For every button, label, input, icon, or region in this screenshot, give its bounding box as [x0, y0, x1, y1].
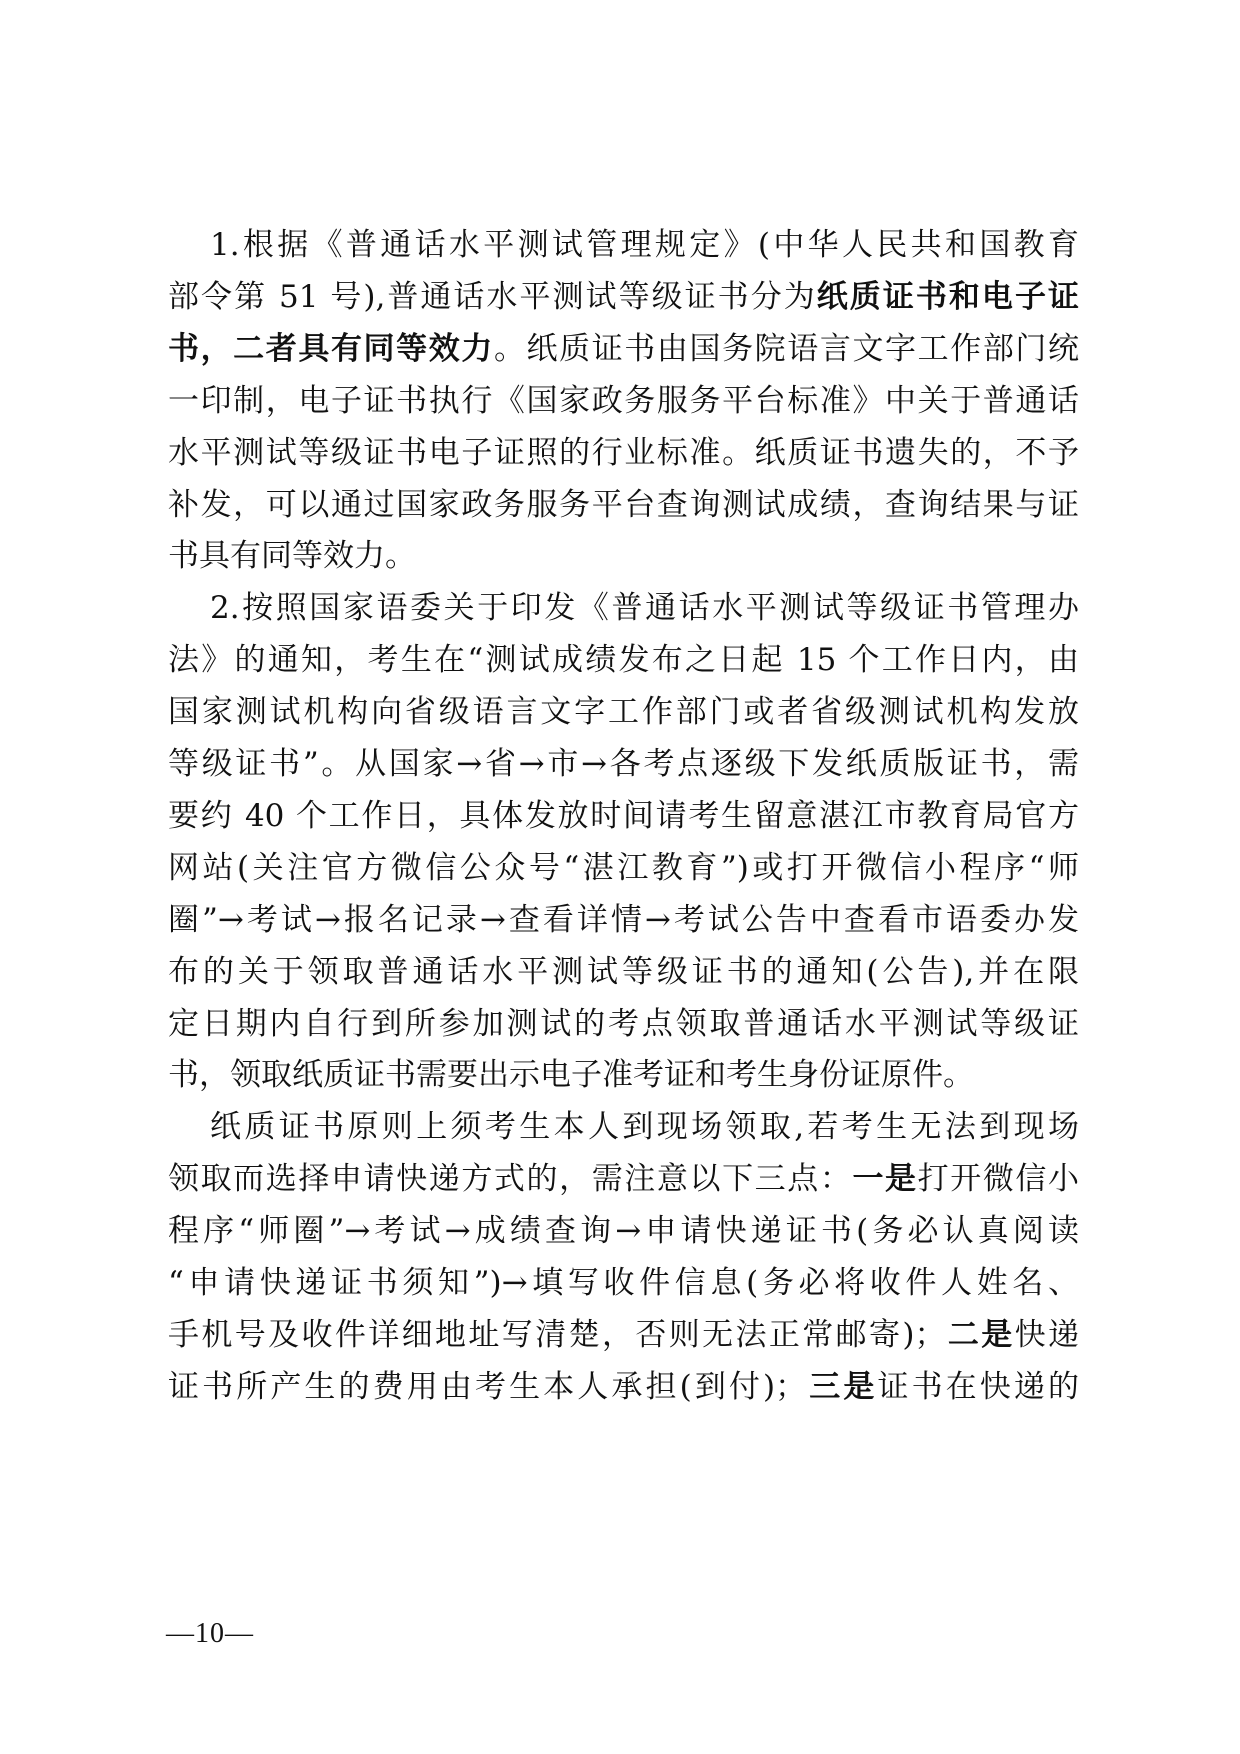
text-run: 部令第 51 号),普通话水平测试等级证书分为: [168, 279, 817, 315]
text-line: 等级证书”。从国家→省→市→各考点逐级下发纸质版证书，需: [168, 744, 1079, 784]
text-line: 纸质证书原则上须考生本人到现场领取,若考生无法到现场: [210, 1107, 1079, 1147]
text-run: 1.根据《普通话水平测试管理规定》(中华人民共和国教育: [210, 227, 1079, 263]
text-line: 圈”→考试→报名记录→查看详情→考试公告中查看市语委办发: [168, 900, 1079, 940]
bold-text: 书，二者具有同等效力: [168, 331, 494, 367]
text-run: 一印制，电子证书执行《国家政务服务平台标准》中关于普通话: [168, 383, 1079, 419]
text-run: 网站(关注官方微信公众号“湛江教育”)或打开微信小程序“师: [168, 850, 1079, 886]
text-line: 手机号及收件详细地址写清楚，否则无法正常邮寄)；二是快递: [168, 1315, 1079, 1355]
text-run: 国家测试机构向省级语言文字工作部门或者省级测试机构发放: [168, 694, 1079, 730]
document-page: 1.根据《普通话水平测试管理规定》(中华人民共和国教育部令第 51 号),普通话…: [0, 0, 1240, 1754]
text-run: 程序“师圈”→考试→成绩查询→申请快递证书(务必认真阅读: [168, 1213, 1079, 1249]
text-run: 手机号及收件详细地址写清楚，否则无法正常邮寄)；: [168, 1317, 945, 1353]
text-line: “申请快递证书须知”)→填写收件信息(务必将收件人姓名、: [168, 1263, 1079, 1303]
text-run: 圈”→考试→报名记录→查看详情→考试公告中查看市语委办发: [168, 902, 1079, 938]
text-run: 2.按照国家语委关于印发《普通话水平测试等级证书管理办: [210, 590, 1079, 626]
bold-text: 一是: [852, 1161, 917, 1197]
text-line: 法》的通知，考生在“测试成绩发布之日起 15 个工作日内，由: [168, 640, 1079, 680]
text-line: 网站(关注官方微信公众号“湛江教育”)或打开微信小程序“师: [168, 848, 1079, 888]
text-run: 。纸质证书由国务院语言文字工作部门统: [494, 331, 1079, 367]
text-line: 一印制，电子证书执行《国家政务服务平台标准》中关于普通话: [168, 381, 1079, 421]
bold-text: 二是: [945, 1317, 1014, 1353]
bold-text: 纸质证书和电子证: [817, 279, 1079, 315]
text-run: 法》的通知，考生在“测试成绩发布之日起 15 个工作日内，由: [168, 642, 1079, 678]
text-run: 书具有同等效力。: [168, 538, 416, 574]
text-line: 水平测试等级证书电子证照的行业标准。纸质证书遗失的，不予: [168, 433, 1079, 473]
text-line: 领取而选择申请快递方式的，需注意以下三点：一是打开微信小: [168, 1159, 1079, 1199]
text-line: 补发，可以通过国家政务服务平台查询测试成绩，查询结果与证: [168, 485, 1079, 525]
text-run: 打开微信小: [918, 1161, 1079, 1197]
text-run: 领取而选择申请快递方式的，需注意以下三点：: [168, 1161, 852, 1197]
text-line: 1.根据《普通话水平测试管理规定》(中华人民共和国教育: [210, 225, 1079, 265]
text-line: 定日期内自行到所参加测试的考点领取普通话水平测试等级证: [168, 1004, 1079, 1044]
page-number: —10—: [166, 1618, 254, 1650]
text-line: 2.按照国家语委关于印发《普通话水平测试等级证书管理办: [210, 588, 1079, 628]
text-run: “申请快递证书须知”)→填写收件信息(务必将收件人姓名、: [168, 1265, 1079, 1301]
text-line: 要约 40 个工作日，具体发放时间请考生留意湛江市教育局官方: [168, 796, 1079, 836]
text-line: 程序“师圈”→考试→成绩查询→申请快递证书(务必认真阅读: [168, 1211, 1079, 1251]
bold-text: 三是: [806, 1369, 877, 1405]
text-line: 证书所产生的费用由考生本人承担(到付)；三是证书在快递的: [168, 1367, 1079, 1407]
text-run: 要约 40 个工作日，具体发放时间请考生留意湛江市教育局官方: [168, 798, 1079, 834]
text-run: 纸质证书原则上须考生本人到现场领取,若考生无法到现场: [210, 1109, 1079, 1145]
text-run: 水平测试等级证书电子证照的行业标准。纸质证书遗失的，不予: [168, 435, 1079, 471]
text-run: 定日期内自行到所参加测试的考点领取普通话水平测试等级证: [168, 1006, 1079, 1042]
text-run: 布的关于领取普通话水平测试等级证书的通知(公告),并在限: [168, 954, 1079, 990]
text-line: 布的关于领取普通话水平测试等级证书的通知(公告),并在限: [168, 952, 1079, 992]
text-run: 书，领取纸质证书需要出示电子准考证和考生身份证原件。: [168, 1057, 974, 1093]
text-run: 快递: [1015, 1317, 1079, 1353]
text-run: 证书所产生的费用由考生本人承担(到付)；: [168, 1369, 806, 1405]
text-run: 补发，可以通过国家政务服务平台查询测试成绩，查询结果与证: [168, 487, 1079, 523]
text-run: 等级证书”。从国家→省→市→各考点逐级下发纸质版证书，需: [168, 746, 1079, 782]
text-line: 国家测试机构向省级语言文字工作部门或者省级测试机构发放: [168, 692, 1079, 732]
text-line: 书，二者具有同等效力。纸质证书由国务院语言文字工作部门统: [168, 329, 1079, 369]
text-line: 书具有同等效力。: [168, 536, 1079, 576]
text-line: 部令第 51 号),普通话水平测试等级证书分为纸质证书和电子证: [168, 277, 1079, 317]
text-run: 证书在快递的: [877, 1369, 1079, 1405]
text-line: 书，领取纸质证书需要出示电子准考证和考生身份证原件。: [168, 1055, 1079, 1095]
